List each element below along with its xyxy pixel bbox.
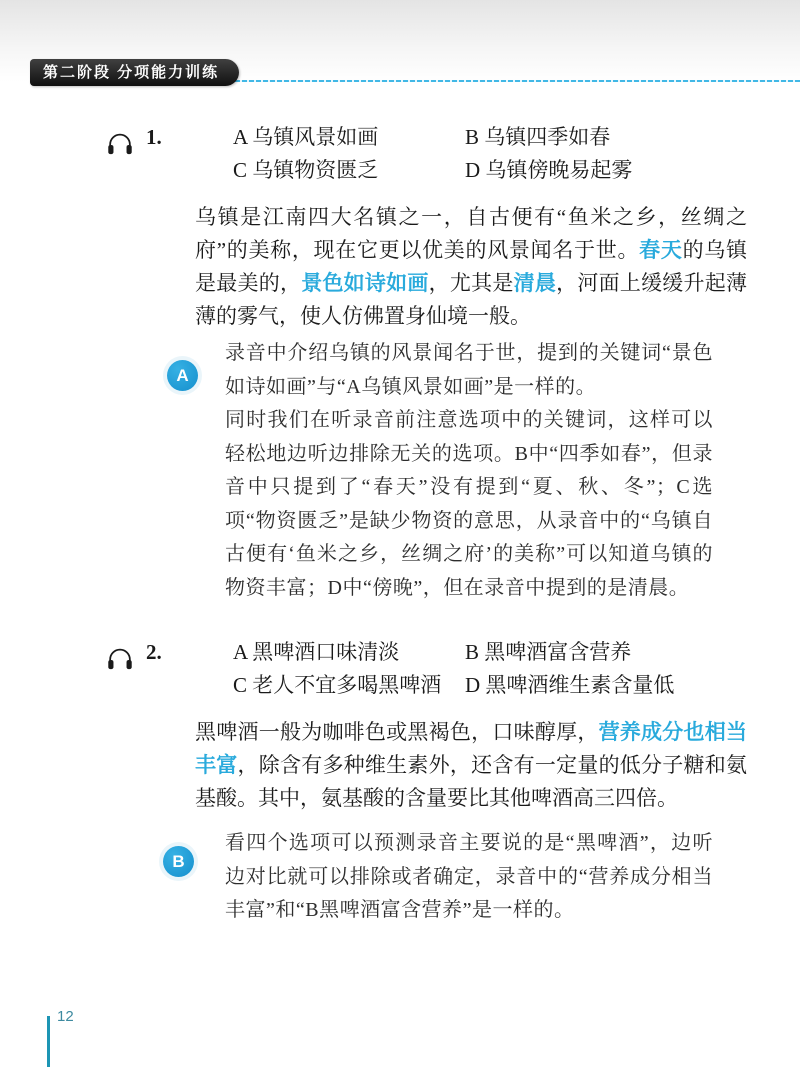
- option-c: C 老人不宜多喝黑啤酒: [233, 669, 465, 702]
- footer-accent-line: [47, 1016, 50, 1067]
- page-number: 12: [57, 1008, 74, 1025]
- explanation-paragraph: 同时我们在听录音前注意选项中的关键词，这样可以轻松地边听边排除无关的选项。B中“…: [225, 404, 713, 605]
- answer-badge: A: [167, 360, 198, 391]
- textbook-page: 第二阶段 分项能力训练 1. A 乌镇风景如画 B 乌镇四季如春 C 乌镇物资匮…: [0, 0, 800, 1067]
- option-d: D 乌镇傍晚易起雾: [465, 154, 745, 187]
- highlighted-keyword: 春天: [639, 238, 682, 262]
- option-b: B 乌镇四季如春: [465, 121, 745, 154]
- option-b: B 黑啤酒富含营养: [465, 636, 745, 669]
- explanation-2: 看四个选项可以预测录音主要说的是“黑啤酒”，边听边对比就可以排除或者确定，录音中…: [225, 827, 713, 928]
- option-a: A 乌镇风景如画: [233, 121, 465, 154]
- headphone-icon: [106, 647, 134, 671]
- highlighted-keyword: 景色如诗如画: [301, 271, 428, 295]
- explanation-1: 录音中介绍乌镇的风景闻名于世，提到的关键词“景色如诗如画”与“A乌镇风景如画”是…: [225, 337, 713, 605]
- listening-passage-2: 黑啤酒一般为咖啡色或黑褐色，口味醇厚，营养成分也相当丰富，除含有多种维生素外，还…: [195, 716, 747, 815]
- section-header-badge: 第二阶段 分项能力训练: [30, 59, 239, 86]
- headphone-icon: [106, 132, 134, 156]
- question-1-options: A 乌镇风景如画 B 乌镇四季如春 C 乌镇物资匮乏 D 乌镇傍晚易起雾: [233, 121, 745, 187]
- question-2-options: A 黑啤酒口味清淡 B 黑啤酒富含营养 C 老人不宜多喝黑啤酒 D 黑啤酒维生素…: [233, 636, 745, 702]
- option-a: A 黑啤酒口味清淡: [233, 636, 465, 669]
- question-number: 1.: [146, 121, 162, 154]
- listening-passage-1: 乌镇是江南四大名镇之一，自古便有“鱼米之乡，丝绸之府”的美称，现在它更以优美的风…: [195, 201, 747, 333]
- option-d: D 黑啤酒维生素含量低: [465, 669, 745, 702]
- question-number: 2.: [146, 636, 162, 669]
- highlighted-keyword: 清晨: [514, 271, 556, 295]
- answer-badge: B: [163, 846, 194, 877]
- explanation-paragraph: 看四个选项可以预测录音主要说的是“黑啤酒”，边听边对比就可以排除或者确定，录音中…: [225, 827, 713, 928]
- option-c: C 乌镇物资匮乏: [233, 154, 465, 187]
- explanation-paragraph: 录音中介绍乌镇的风景闻名于世，提到的关键词“景色如诗如画”与“A乌镇风景如画”是…: [225, 337, 713, 404]
